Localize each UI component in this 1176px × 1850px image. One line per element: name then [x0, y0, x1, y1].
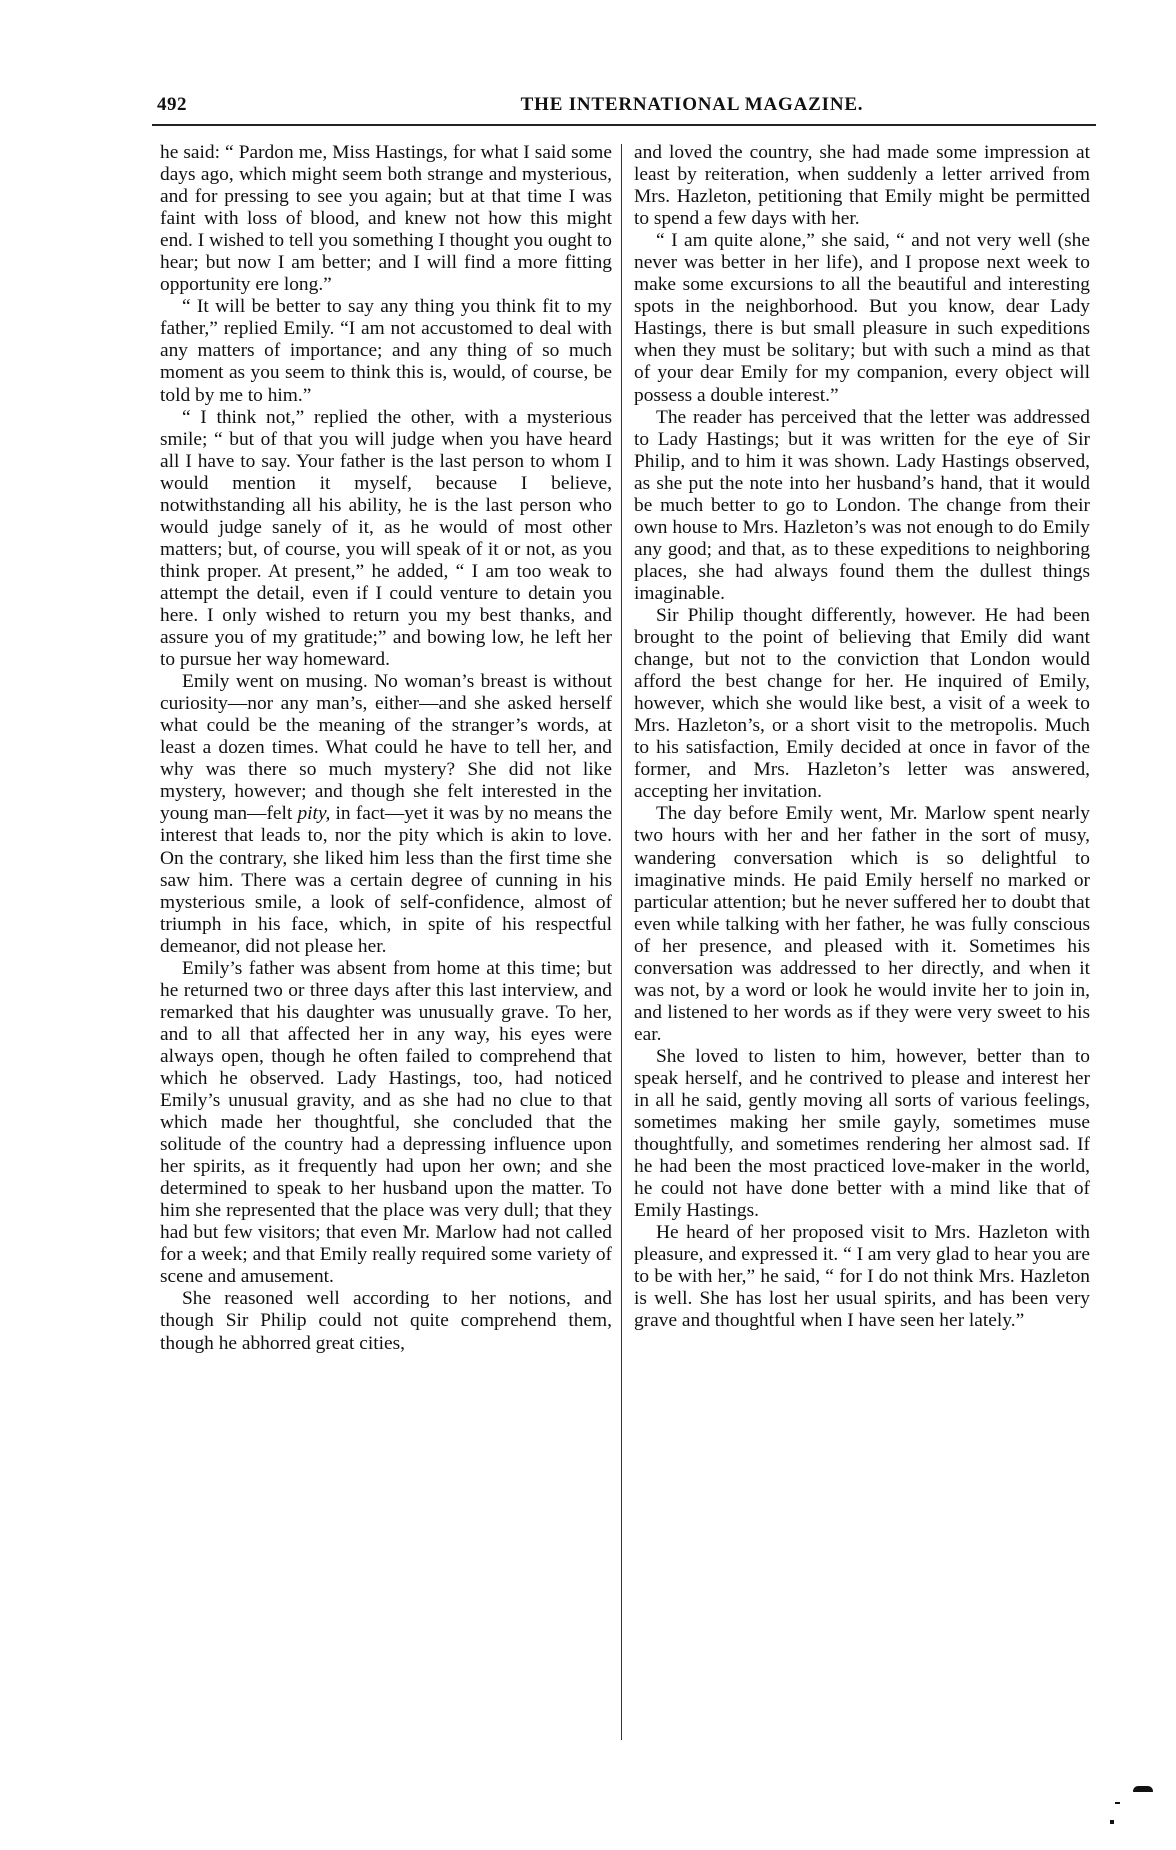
paragraph: Sir Philip thought differently, however.…	[634, 605, 1090, 803]
paragraph: and loved the country, she had made some…	[634, 142, 1090, 230]
paragraph: The reader has perceived that the letter…	[634, 407, 1090, 605]
ink-speck	[1115, 1802, 1120, 1804]
ink-speck	[1110, 1820, 1114, 1824]
paragraph-text: in fact—yet it was by no means the inter…	[160, 803, 612, 956]
right-column: and loved the country, she had made some…	[634, 142, 1090, 1333]
paragraph: She loved to listen to him, however, bet…	[634, 1046, 1090, 1222]
running-title: THE INTERNATIONAL MAGAZINE.	[157, 94, 1087, 116]
paragraph: Emily’s father was absent from home at t…	[160, 958, 612, 1289]
paragraph: “ It will be better to say any thing you…	[160, 296, 612, 406]
paragraph: She reasoned well according to her notio…	[160, 1288, 612, 1354]
italic-word: pity,	[297, 803, 330, 824]
paragraph: The day before Emily went, Mr. Marlow sp…	[634, 803, 1090, 1046]
paragraph: he said: “ Pardon me, Miss Hastings, for…	[160, 142, 612, 296]
column-divider	[621, 144, 622, 1740]
ink-speck	[1133, 1786, 1153, 1792]
paragraph: “ I am quite alone,” she said, “ and not…	[634, 230, 1090, 406]
header-rule	[152, 124, 1096, 126]
paragraph: Emily went on musing. No woman’s breast …	[160, 671, 612, 958]
left-column: he said: “ Pardon me, Miss Hastings, for…	[160, 142, 612, 1355]
paragraph-text: Emily went on musing. No woman’s breast …	[160, 671, 612, 824]
paragraph: “ I think not,” replied the other, with …	[160, 407, 612, 672]
paragraph: He heard of her proposed visit to Mrs. H…	[634, 1222, 1090, 1332]
page-header: 492 THE INTERNATIONAL MAGAZINE.	[157, 92, 1087, 122]
